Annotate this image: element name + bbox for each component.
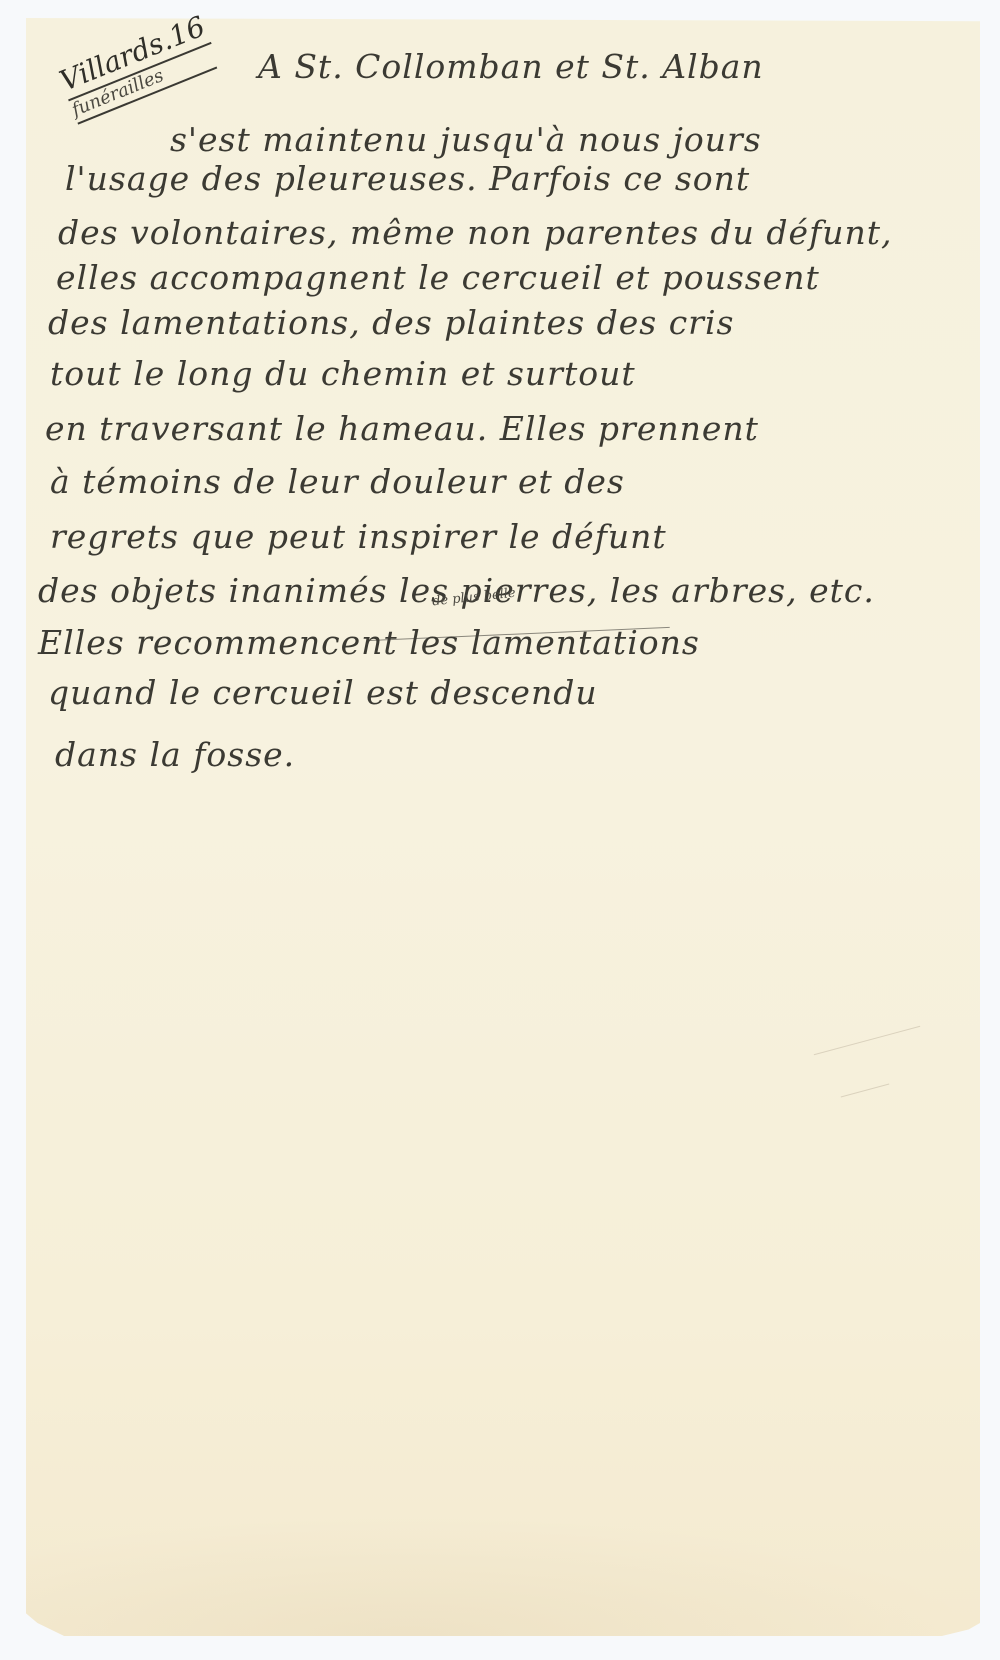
text-line-10: regrets que peut inspirer le défunt: [50, 520, 667, 553]
text-line-6: des lamentations, des plaintes des cris: [48, 306, 734, 339]
text-line-4: des volontaires, même non parentes du dé…: [58, 216, 893, 249]
text-line-13: quand le cercueil est descendu: [48, 676, 598, 709]
text-line-5: elles accompagnent le cercueil et pousse…: [56, 261, 820, 294]
text-line-9: à témoins de leur douleur et des: [50, 465, 625, 498]
text-line-8: en traversant le hameau. Elles prennent: [45, 412, 759, 445]
text-line-3: l'usage des pleureuses. Parfois ce sont: [65, 162, 750, 195]
text-line-14: dans la fosse.: [55, 738, 295, 771]
scanned-manuscript: Villards.16 funérailles A St. Collomban …: [0, 0, 1000, 1660]
text-line-2: s'est maintenu jusqu'à nous jours: [170, 123, 762, 156]
text-line-12: Elles recommencent les lamentations: [38, 626, 700, 659]
text-line-1: A St. Collomban et St. Alban: [258, 50, 764, 83]
text-line-7: tout le long du chemin et surtout: [50, 357, 636, 390]
